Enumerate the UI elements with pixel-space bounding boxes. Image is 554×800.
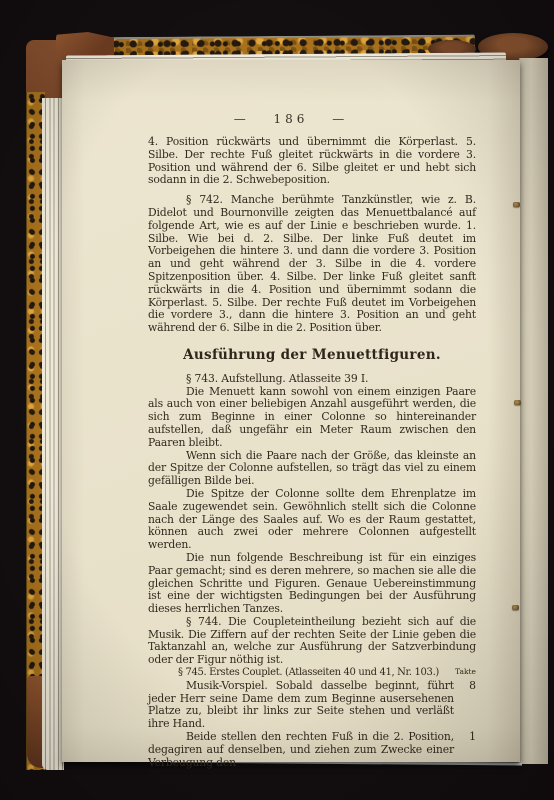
paragraph-745-a-text: Musik-Vorspiel. Sobald dasselbe beginnt,…: [148, 679, 454, 730]
paragraph-745-b-text: Beide stellen den rechten Fuß in die 2. …: [148, 730, 454, 769]
page-number: — 186 —: [62, 112, 520, 126]
paragraph-743-c: Die Spitze der Colonne sollte dem Ehrenp…: [148, 488, 476, 552]
page-edges-left: [42, 98, 64, 770]
paragraph-743-d: Die nun folgende Beschreibung ist für ei…: [148, 552, 476, 616]
paragraph-745-b: Beide stellen den rechten Fuß in die 2. …: [148, 731, 476, 769]
photo-backdrop: — 186 — 4. Position rückwärts und überni…: [0, 0, 554, 800]
margin-note-8: 8: [469, 680, 476, 693]
paragraph-745-head-text: § 745. Erstes Couplet. (Atlasseiten 40 u…: [178, 667, 439, 678]
paragraph-continuation: 4. Position rückwärts und übernimmt die …: [148, 136, 476, 187]
paragraph-742: § 742. Manche berühmte Tanzkünstler, wie…: [148, 194, 476, 335]
section-heading: Ausführung der Menuettfiguren.: [148, 349, 476, 362]
paragraph-743-a: Die Menuett kann sowohl von einem einzig…: [148, 386, 476, 450]
binding-stitch-bottom: [512, 605, 519, 610]
book-page: — 186 — 4. Position rückwärts und überni…: [62, 60, 520, 762]
paragraph-744: § 744. Die Coupleteintheilung bezieht si…: [148, 616, 476, 667]
adjacent-page-edge: [519, 58, 548, 764]
text-column: 4. Position rückwärts und übernimmt die …: [148, 136, 476, 769]
binding-stitch-top: [513, 202, 520, 207]
margin-note-takte: Takte: [455, 666, 476, 679]
margin-note-1: 1: [469, 731, 476, 744]
binding-stitch-middle: [514, 400, 521, 405]
paragraph-743-b: Wenn sich die Paare nach der Größe, das …: [148, 450, 476, 488]
paragraph-745-a: Musik-Vorspiel. Sobald dasselbe beginnt,…: [148, 680, 476, 731]
paragraph-743-head: § 743. Aufstellung. Atlasseite 39 I.: [148, 373, 476, 386]
